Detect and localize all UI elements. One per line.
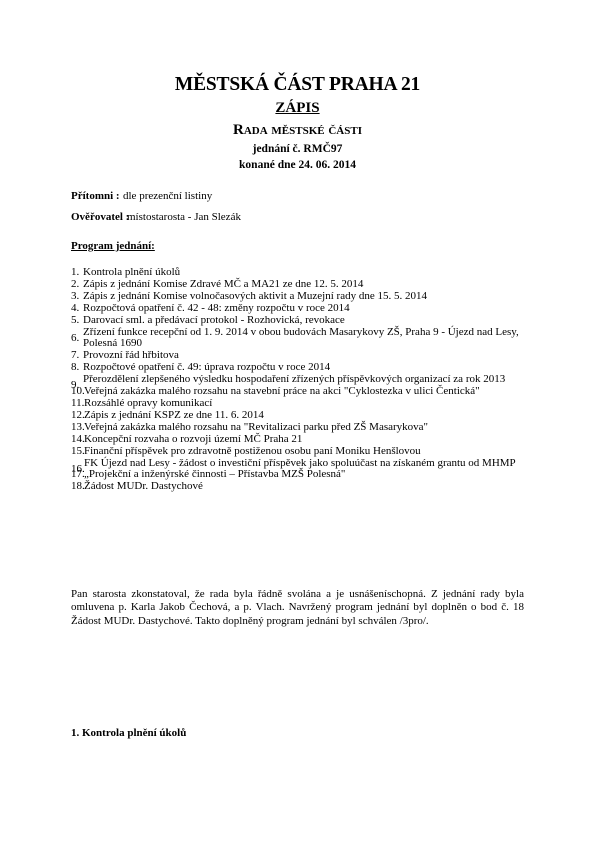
agenda-item-text: Zápis z jednání Komise Zdravé MČ a MA21 … <box>83 278 363 290</box>
present-value: dle prezenční listiny <box>123 190 212 202</box>
agenda-item-text: „Projekční a inženýrské činnosti – Příst… <box>84 468 345 480</box>
agenda-item-number: 14. <box>71 434 85 446</box>
agenda-item-text: Kontrola plnění úkolů <box>83 266 180 278</box>
agenda-item-number: 13. <box>71 422 85 434</box>
agenda-item-number: 4. <box>71 303 79 315</box>
agenda-item-number: 8. <box>71 362 79 374</box>
agenda-item-number: 5. <box>71 315 79 327</box>
agenda-item-text: Koncepční rozvaha o rozvoji území MČ Pra… <box>84 433 302 445</box>
intro-paragraph: Pan starosta zkonstatoval, že rada byla … <box>71 588 524 628</box>
agenda-item-number: 12. <box>71 410 85 422</box>
authority-title: MĚSTSKÁ ČÁST PRAHA 21 <box>0 74 595 96</box>
agenda-item-text: Rozpočtová opatření č. 42 - 48: změny ro… <box>83 302 350 314</box>
agenda-item-text: Provozní řád hřbitova <box>83 349 179 361</box>
council-name: Rada městské části <box>0 122 595 139</box>
agenda-item-number: 18. <box>71 481 85 493</box>
agenda-item-text: Přerozdělení zlepšeného výsledku hospoda… <box>83 373 505 385</box>
agenda-item-text: Finanční příspěvek pro zdravotně postiže… <box>84 445 421 457</box>
verifier-value: místostarosta - Jan Slezák <box>127 211 241 223</box>
agenda-item: 6.Zřízení funkce recepční od 1. 9. 2014 … <box>71 327 531 351</box>
agenda-item-text: Veřejná zakázka malého rozsahu na staveb… <box>84 385 480 397</box>
agenda-item-number: 6. <box>71 333 79 345</box>
program-heading: Program jednání: <box>71 240 155 252</box>
agenda-item-text: Rozpočtové opatření č. 49: úprava rozpoč… <box>83 361 330 373</box>
agenda-item-text: Zápis z jednání Komise volnočasových akt… <box>83 290 427 302</box>
agenda-item-text: Darovací sml. a předávací protokol - Roz… <box>83 314 345 326</box>
meeting-number: jednání č. RMČ97 <box>0 143 595 155</box>
agenda-list: 1.Kontrola plnění úkolů2.Zápis z jednání… <box>71 267 531 493</box>
section-heading: 1. Kontrola plnění úkolů <box>71 727 186 739</box>
agenda-item-text: FK Újezd nad Lesy - žádost o investiční … <box>84 457 516 469</box>
agenda-item-text: Zřízení funkce recepční od 1. 9. 2014 v … <box>83 326 519 350</box>
present-row: Přítomni : dle prezenční listiny <box>71 190 120 202</box>
document-type-text: ZÁPIS <box>275 100 319 116</box>
meeting-date: konané dne 24. 06. 2014 <box>0 159 595 171</box>
agenda-item-number: 3. <box>71 291 79 303</box>
document-type: ZÁPIS <box>0 100 595 117</box>
verifier-label: Ověřovatel : <box>71 211 129 223</box>
agenda-item-text: Veřejná zakázka malého rozsahu na "Revit… <box>84 421 428 433</box>
agenda-item-text: Zápis z jednání KSPZ ze dne 11. 6. 2014 <box>84 409 264 421</box>
agenda-item-text: Rozsáhlé opravy komunikací <box>84 397 212 409</box>
document-page: MĚSTSKÁ ČÁST PRAHA 21 ZÁPIS Rada městské… <box>0 0 595 842</box>
present-label: Přítomni : <box>71 190 120 202</box>
agenda-item-number: 15. <box>71 446 85 458</box>
verifier-row: Ověřovatel : místostarosta - Jan Slezák <box>71 211 129 223</box>
agenda-item: 18.Žádost MUDr. Dastychové <box>71 481 531 493</box>
agenda-item-text: Žádost MUDr. Dastychové <box>84 480 203 492</box>
